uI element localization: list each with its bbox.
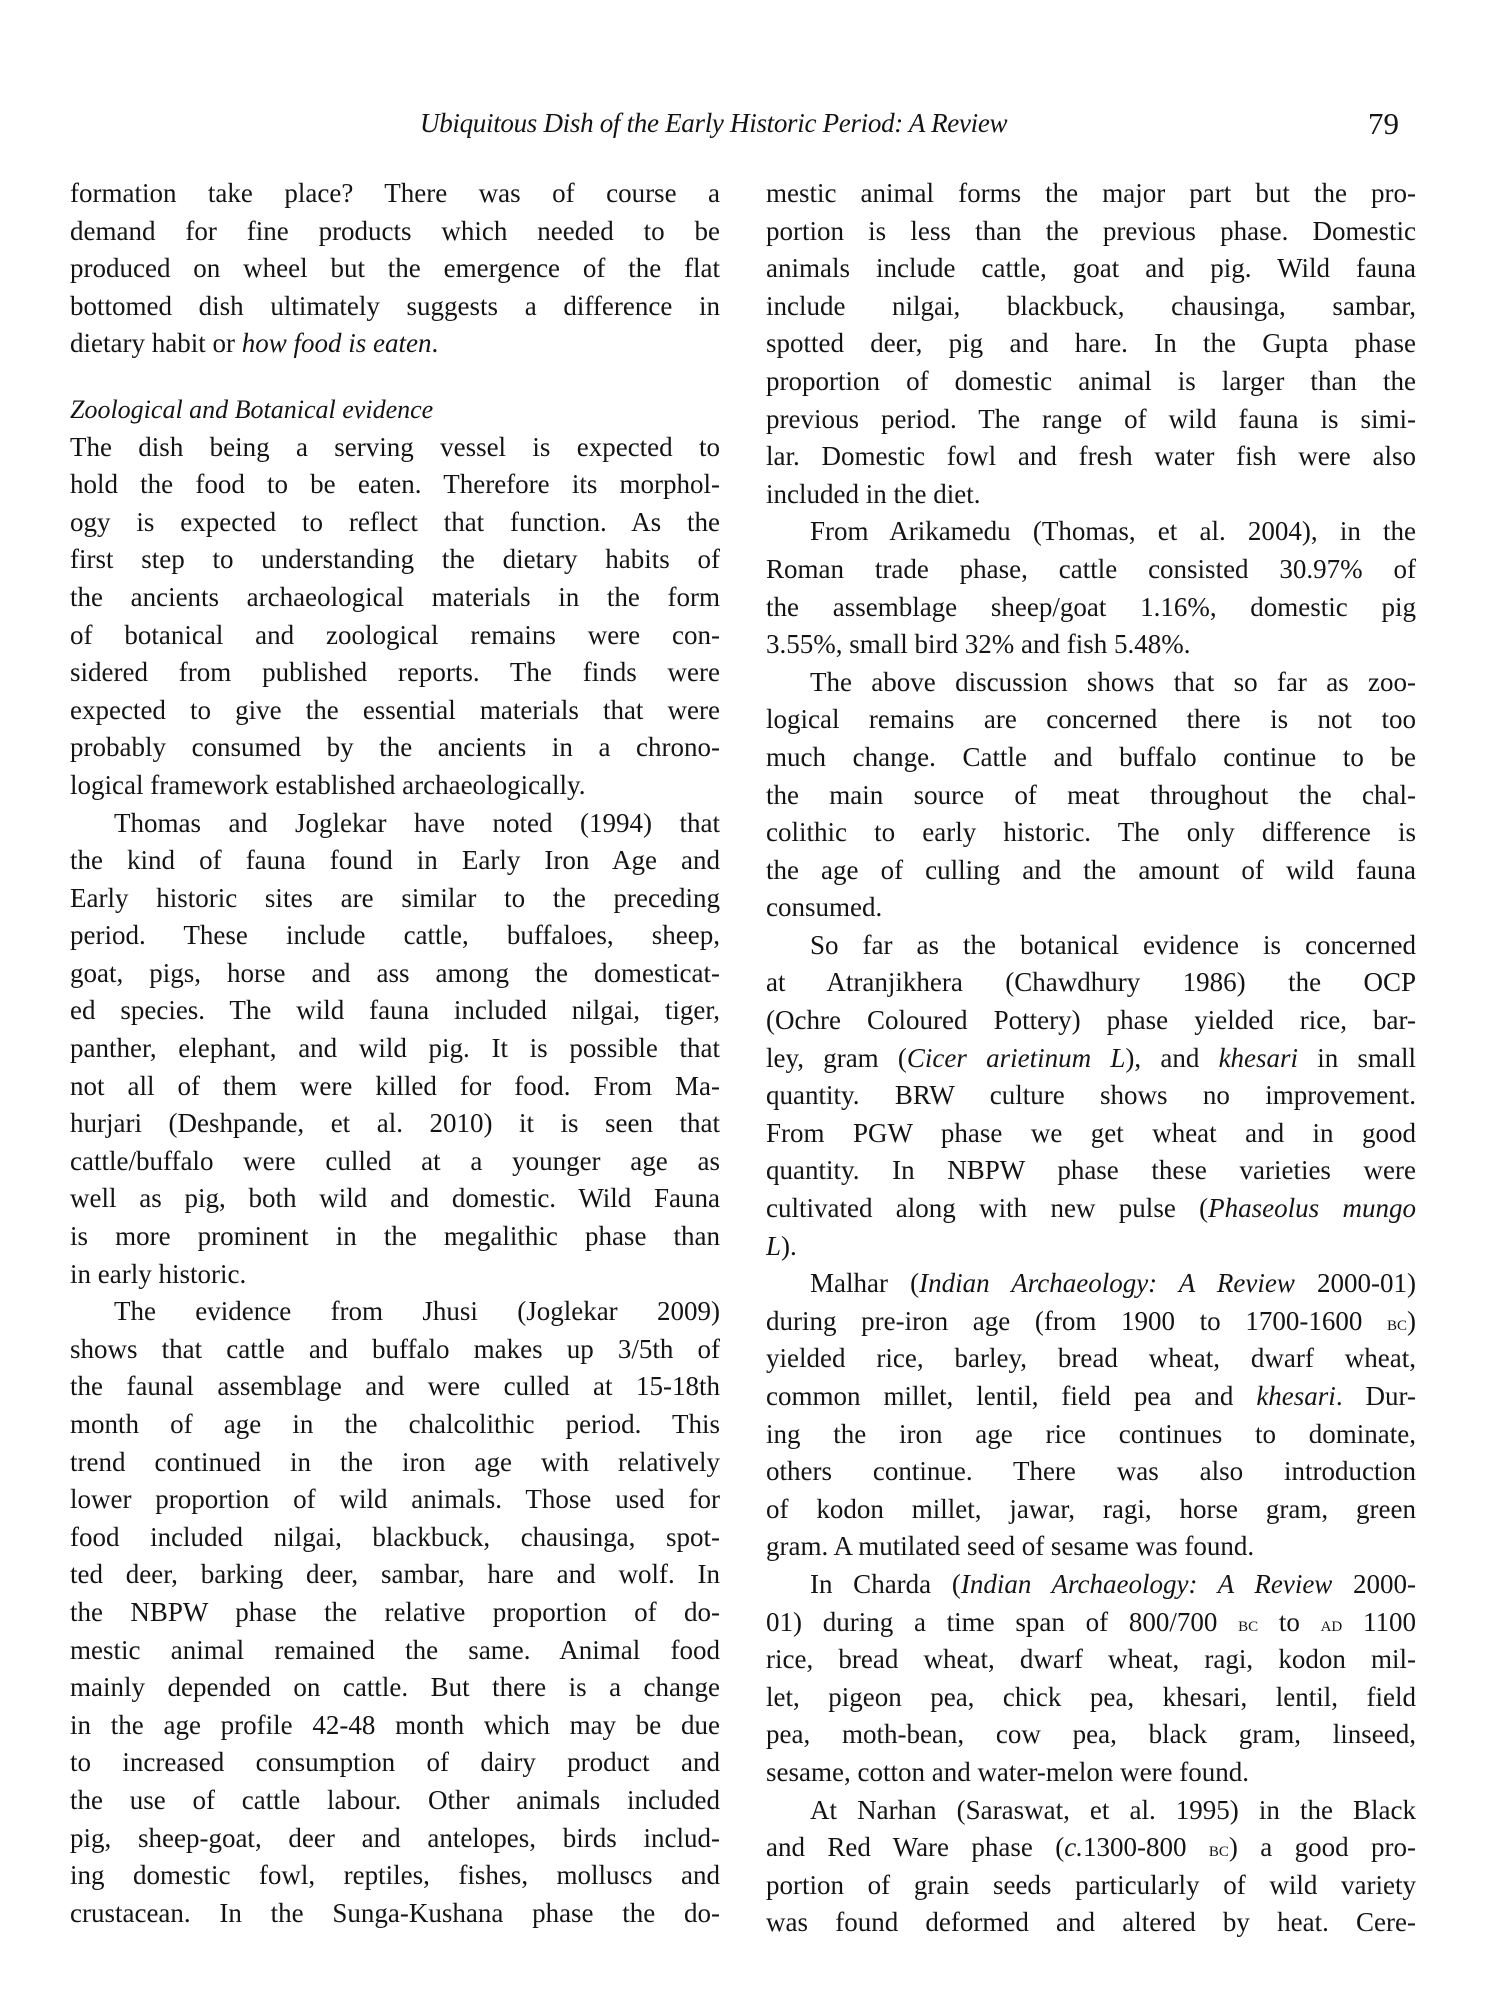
text-run: . xyxy=(431,328,438,358)
right-column: mestic animal forms the major part but t… xyxy=(766,175,1416,1942)
text-line: let, pigeon pea, chick pea, khesari, len… xyxy=(766,1679,1416,1717)
text-line: dietary habit or how food is eaten. xyxy=(70,325,720,363)
circa-abbrev: c. xyxy=(1064,1832,1083,1862)
text-run: 2000-01) xyxy=(1295,1268,1416,1298)
text-run: In Charda ( xyxy=(810,1569,961,1599)
text-line: common millet, lentil, field pea and khe… xyxy=(766,1378,1416,1416)
text-line: cattle/buffalo were culled at a younger … xyxy=(70,1143,720,1181)
paragraph-dietary-habit: formation take place? There was of cours… xyxy=(70,175,720,363)
spacer xyxy=(70,363,720,391)
text-line: Roman trade phase, cattle consisted 30.9… xyxy=(766,551,1416,589)
text-run: ley, gram ( xyxy=(766,1043,907,1073)
text-line: sidered from published reports. The find… xyxy=(70,654,720,692)
text-line: is more prominent in the megalithic phas… xyxy=(70,1218,720,1256)
text-line: The evidence from Jhusi (Joglekar 2009) xyxy=(70,1293,720,1331)
text-line: logical remains are concerned there is n… xyxy=(766,701,1416,739)
text-line: hurjari (Deshpande, et al. 2010) it is s… xyxy=(70,1105,720,1143)
text-line: sesame, cotton and water-melon were foun… xyxy=(766,1754,1416,1792)
era-abbrev: ad xyxy=(1321,1611,1343,1636)
paragraph-intro-evidence: The dish being a serving vessel is expec… xyxy=(70,429,720,805)
text-run: dietary habit or xyxy=(70,328,242,358)
text-line: previous period. The range of wild fauna… xyxy=(766,401,1416,439)
text-line: ing domestic fowl, reptiles, fishes, mol… xyxy=(70,1857,720,1895)
text-line: ted deer, barking deer, sambar, hare and… xyxy=(70,1556,720,1594)
text-run: cultivated along with new pulse ( xyxy=(766,1193,1208,1223)
page-number: 79 xyxy=(1368,106,1399,142)
text-line: probably consumed by the ancients in a c… xyxy=(70,729,720,767)
text-run: ), and xyxy=(1125,1043,1218,1073)
text-run: 2000- xyxy=(1332,1569,1416,1599)
text-line: The above discussion shows that so far a… xyxy=(766,664,1416,702)
text-line: quantity. In NBPW phase these varieties … xyxy=(766,1152,1416,1190)
text-line: mestic animal forms the major part but t… xyxy=(766,175,1416,213)
text-line: From PGW phase we get wheat and in good xyxy=(766,1115,1416,1153)
text-run: Malhar ( xyxy=(810,1268,919,1298)
italic-term: khesari xyxy=(1219,1043,1298,1073)
text-line: was found deformed and altered by heat. … xyxy=(766,1904,1416,1942)
text-line: crustacean. In the Sunga-Kushana phase t… xyxy=(70,1895,720,1933)
text-line: Malhar (Indian Archaeology: A Review 200… xyxy=(766,1265,1416,1303)
text-line: lower proportion of wild animals. Those … xyxy=(70,1481,720,1519)
text-line: L). xyxy=(766,1228,1416,1266)
italic-phrase: how food is eaten xyxy=(242,328,432,358)
text-line: hold the food to be eaten. Therefore its… xyxy=(70,466,720,504)
text-line: bottomed dish ultimately suggests a diff… xyxy=(70,288,720,326)
text-line: of kodon millet, jawar, ragi, horse gram… xyxy=(766,1491,1416,1529)
text-line: So far as the botanical evidence is conc… xyxy=(766,927,1416,965)
text-line: quantity. BRW culture shows no improveme… xyxy=(766,1077,1416,1115)
era-abbrev: bc xyxy=(1238,1611,1258,1636)
text-line: goat, pigs, horse and ass among the dome… xyxy=(70,955,720,993)
text-run: ) xyxy=(1407,1306,1416,1336)
text-line: yielded rice, barley, bread wheat, dwarf… xyxy=(766,1340,1416,1378)
era-abbrev: bc xyxy=(1387,1310,1407,1335)
text-line: 3.55%, small bird 32% and fish 5.48%. xyxy=(766,626,1416,664)
era-abbrev: bc xyxy=(1209,1836,1229,1861)
italic-term: khesari xyxy=(1256,1381,1335,1411)
text-line: mainly depended on cattle. But there is … xyxy=(70,1669,720,1707)
text-line: panther, elephant, and wild pig. It is p… xyxy=(70,1030,720,1068)
text-line: and Red Ware phase (c.1300-800 bc) a goo… xyxy=(766,1829,1416,1867)
text-line: expected to give the essential materials… xyxy=(70,692,720,730)
text-line: month of age in the chalcolithic period.… xyxy=(70,1406,720,1444)
text-line: 01) during a time span of 800/700 bc to … xyxy=(766,1604,1416,1642)
text-line: ogy is expected to reflect that function… xyxy=(70,504,720,542)
text-line: portion of grain seeds particularly of w… xyxy=(766,1867,1416,1905)
text-line: consumed. xyxy=(766,889,1416,927)
text-line: ley, gram (Cicer arietinum L), and khesa… xyxy=(766,1040,1416,1078)
text-line: the kind of fauna found in Early Iron Ag… xyxy=(70,842,720,880)
text-line: much change. Cattle and buffalo continue… xyxy=(766,739,1416,777)
citation-title: Indian Archaeology: A Review xyxy=(961,1569,1332,1599)
text-line: demand for fine products which needed to… xyxy=(70,213,720,251)
text-line: included in the diet. xyxy=(766,476,1416,514)
text-line: to increased consumption of dairy produc… xyxy=(70,1744,720,1782)
text-line: gram. A mutilated seed of sesame was fou… xyxy=(766,1528,1416,1566)
text-line: produced on wheel but the emergence of t… xyxy=(70,250,720,288)
species-name: Cicer arietinum L xyxy=(907,1043,1125,1073)
text-run: 01) during a time span of 800/700 xyxy=(766,1607,1238,1637)
paragraph-arikamedu: From Arikamedu (Thomas, et al. 2004), in… xyxy=(766,513,1416,663)
text-line: rice, bread wheat, dwarf wheat, ragi, ko… xyxy=(766,1641,1416,1679)
text-line: the NBPW phase the relative proportion o… xyxy=(70,1594,720,1632)
text-line: From Arikamedu (Thomas, et al. 2004), in… xyxy=(766,513,1416,551)
text-run: in small xyxy=(1298,1043,1416,1073)
paragraph-zoological-summary: The above discussion shows that so far a… xyxy=(766,664,1416,927)
text-line: The dish being a serving vessel is expec… xyxy=(70,429,720,467)
text-run: 1300-800 xyxy=(1083,1832,1209,1862)
text-line: at Atranjikhera (Chawdhury 1986) the OCP xyxy=(766,964,1416,1002)
species-name: L xyxy=(766,1231,781,1261)
text-line: include nilgai, blackbuck, chausinga, sa… xyxy=(766,288,1416,326)
text-run: and Red Ware phase ( xyxy=(766,1832,1064,1862)
text-line: in the age profile 42-48 month which may… xyxy=(70,1707,720,1745)
text-line: the faunal assemblage and were culled at… xyxy=(70,1368,720,1406)
text-line: In Charda (Indian Archaeology: A Review … xyxy=(766,1566,1416,1604)
citation-title: Indian Archaeology: A Review xyxy=(919,1268,1295,1298)
text-run: common millet, lentil, field pea and xyxy=(766,1381,1256,1411)
text-line: the main source of meat throughout the c… xyxy=(766,777,1416,815)
text-line: pig, sheep-goat, deer and antelopes, bir… xyxy=(70,1820,720,1858)
running-header: Ubiquitous Dish of the Early Historic Pe… xyxy=(0,108,1500,148)
text-line: trend continued in the iron age with rel… xyxy=(70,1444,720,1482)
text-line: animals include cattle, goat and pig. Wi… xyxy=(766,250,1416,288)
text-line: period. These include cattle, buffaloes,… xyxy=(70,917,720,955)
text-line: in early historic. xyxy=(70,1256,720,1294)
text-line: cultivated along with new pulse (Phaseol… xyxy=(766,1190,1416,1228)
text-line: colithic to early historic. The only dif… xyxy=(766,814,1416,852)
paragraph-jhusi: The evidence from Jhusi (Joglekar 2009) … xyxy=(70,1293,720,1932)
text-line: the age of culling and the amount of wil… xyxy=(766,852,1416,890)
text-line: ing the iron age rice continues to domin… xyxy=(766,1416,1416,1454)
text-line: logical framework established archaeolog… xyxy=(70,767,720,805)
text-line: Early historic sites are similar to the … xyxy=(70,880,720,918)
text-line: formation take place? There was of cours… xyxy=(70,175,720,213)
text-line: mestic animal remained the same. Animal … xyxy=(70,1632,720,1670)
text-line: (Ochre Coloured Pottery) phase yielded r… xyxy=(766,1002,1416,1040)
paragraph-atranjikhera: So far as the botanical evidence is conc… xyxy=(766,927,1416,1265)
text-line: Thomas and Joglekar have noted (1994) th… xyxy=(70,805,720,843)
text-line: food included nilgai, blackbuck, chausin… xyxy=(70,1519,720,1557)
species-name: Phaseolus mungo xyxy=(1208,1193,1416,1223)
text-line: portion is less than the previous phase.… xyxy=(766,213,1416,251)
paragraph-charda: In Charda (Indian Archaeology: A Review … xyxy=(766,1566,1416,1792)
text-line: the assemblage sheep/goat 1.16%, domesti… xyxy=(766,589,1416,627)
text-line: lar. Domestic fowl and fresh water fish … xyxy=(766,438,1416,476)
text-run: ). xyxy=(781,1231,797,1261)
paragraph-malhar: Malhar (Indian Archaeology: A Review 200… xyxy=(766,1265,1416,1566)
left-column: formation take place? There was of cours… xyxy=(70,175,720,1932)
text-run: 1100 xyxy=(1342,1607,1416,1637)
section-heading: Zoological and Botanical evidence xyxy=(70,391,720,429)
text-line: during pre-iron age (from 1900 to 1700-1… xyxy=(766,1303,1416,1341)
paragraph-sunga-kushana-cont: mestic animal forms the major part but t… xyxy=(766,175,1416,513)
text-line: not all of them were killed for food. Fr… xyxy=(70,1068,720,1106)
text-run: ) a good pro- xyxy=(1229,1832,1416,1862)
text-run: to xyxy=(1258,1607,1320,1637)
text-line: well as pig, both wild and domestic. Wil… xyxy=(70,1180,720,1218)
text-line: of botanical and zoological remains were… xyxy=(70,617,720,655)
text-line: pea, moth-bean, cow pea, black gram, lin… xyxy=(766,1716,1416,1754)
paragraph-thomas-joglekar: Thomas and Joglekar have noted (1994) th… xyxy=(70,805,720,1294)
text-line: ed species. The wild fauna included nilg… xyxy=(70,992,720,1030)
text-line: the use of cattle labour. Other animals … xyxy=(70,1782,720,1820)
paragraph-narhan: At Narhan (Saraswat, et al. 1995) in the… xyxy=(766,1792,1416,1942)
text-line: shows that cattle and buffalo makes up 3… xyxy=(70,1331,720,1369)
text-line: spotted deer, pig and hare. In the Gupta… xyxy=(766,325,1416,363)
text-run: during pre-iron age (from 1900 to 1700-1… xyxy=(766,1306,1387,1336)
text-line: proportion of domestic animal is larger … xyxy=(766,363,1416,401)
text-line: first step to understanding the dietary … xyxy=(70,541,720,579)
text-line: the ancients archaeological materials in… xyxy=(70,579,720,617)
running-title: Ubiquitous Dish of the Early Historic Pe… xyxy=(420,108,1007,139)
text-line: others continue. There was also introduc… xyxy=(766,1453,1416,1491)
text-line: At Narhan (Saraswat, et al. 1995) in the… xyxy=(766,1792,1416,1830)
text-run: . Dur- xyxy=(1336,1381,1416,1411)
